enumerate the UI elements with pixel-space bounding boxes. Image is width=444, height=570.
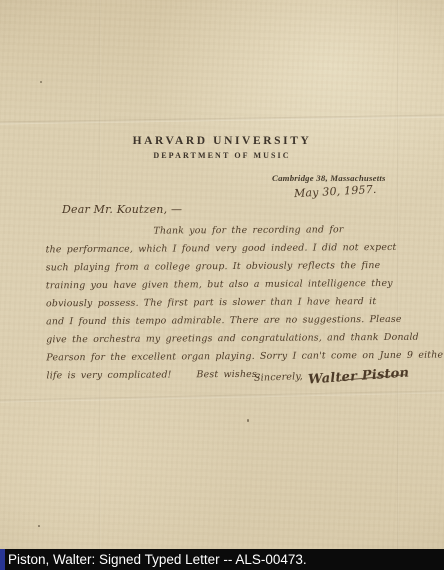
letter-scan: HARVARD UNIVERSITY DEPARTMENT OF MUSIC C… xyxy=(0,0,444,549)
closing-row: Sincerely, Walter Piston xyxy=(0,368,444,394)
salutation: Dear Mr. Koutzen, — xyxy=(62,203,182,216)
letterhead-place-line: Cambridge 38, Massachusetts xyxy=(272,173,386,183)
caption-bar: Piston, Walter: Signed Typed Letter -- A… xyxy=(0,549,444,570)
closing-sincerely: Sincerely, xyxy=(254,371,303,384)
paper-speck xyxy=(38,525,40,527)
letterhead: HARVARD UNIVERSITY DEPARTMENT OF MUSIC xyxy=(0,135,444,160)
archival-letter-scan-view: HARVARD UNIVERSITY DEPARTMENT OF MUSIC C… xyxy=(0,0,444,570)
signature-walter-piston: Walter Piston xyxy=(308,365,410,387)
letter-body: Thank you for the recording and for the … xyxy=(45,221,432,386)
paper-speck xyxy=(40,81,42,83)
caption-text: Piston, Walter: Signed Typed Letter -- A… xyxy=(5,549,307,570)
letterhead-institution: HARVARD UNIVERSITY xyxy=(0,135,444,147)
letterhead-department: DEPARTMENT OF MUSIC xyxy=(0,151,444,160)
paper-speck xyxy=(247,419,249,422)
